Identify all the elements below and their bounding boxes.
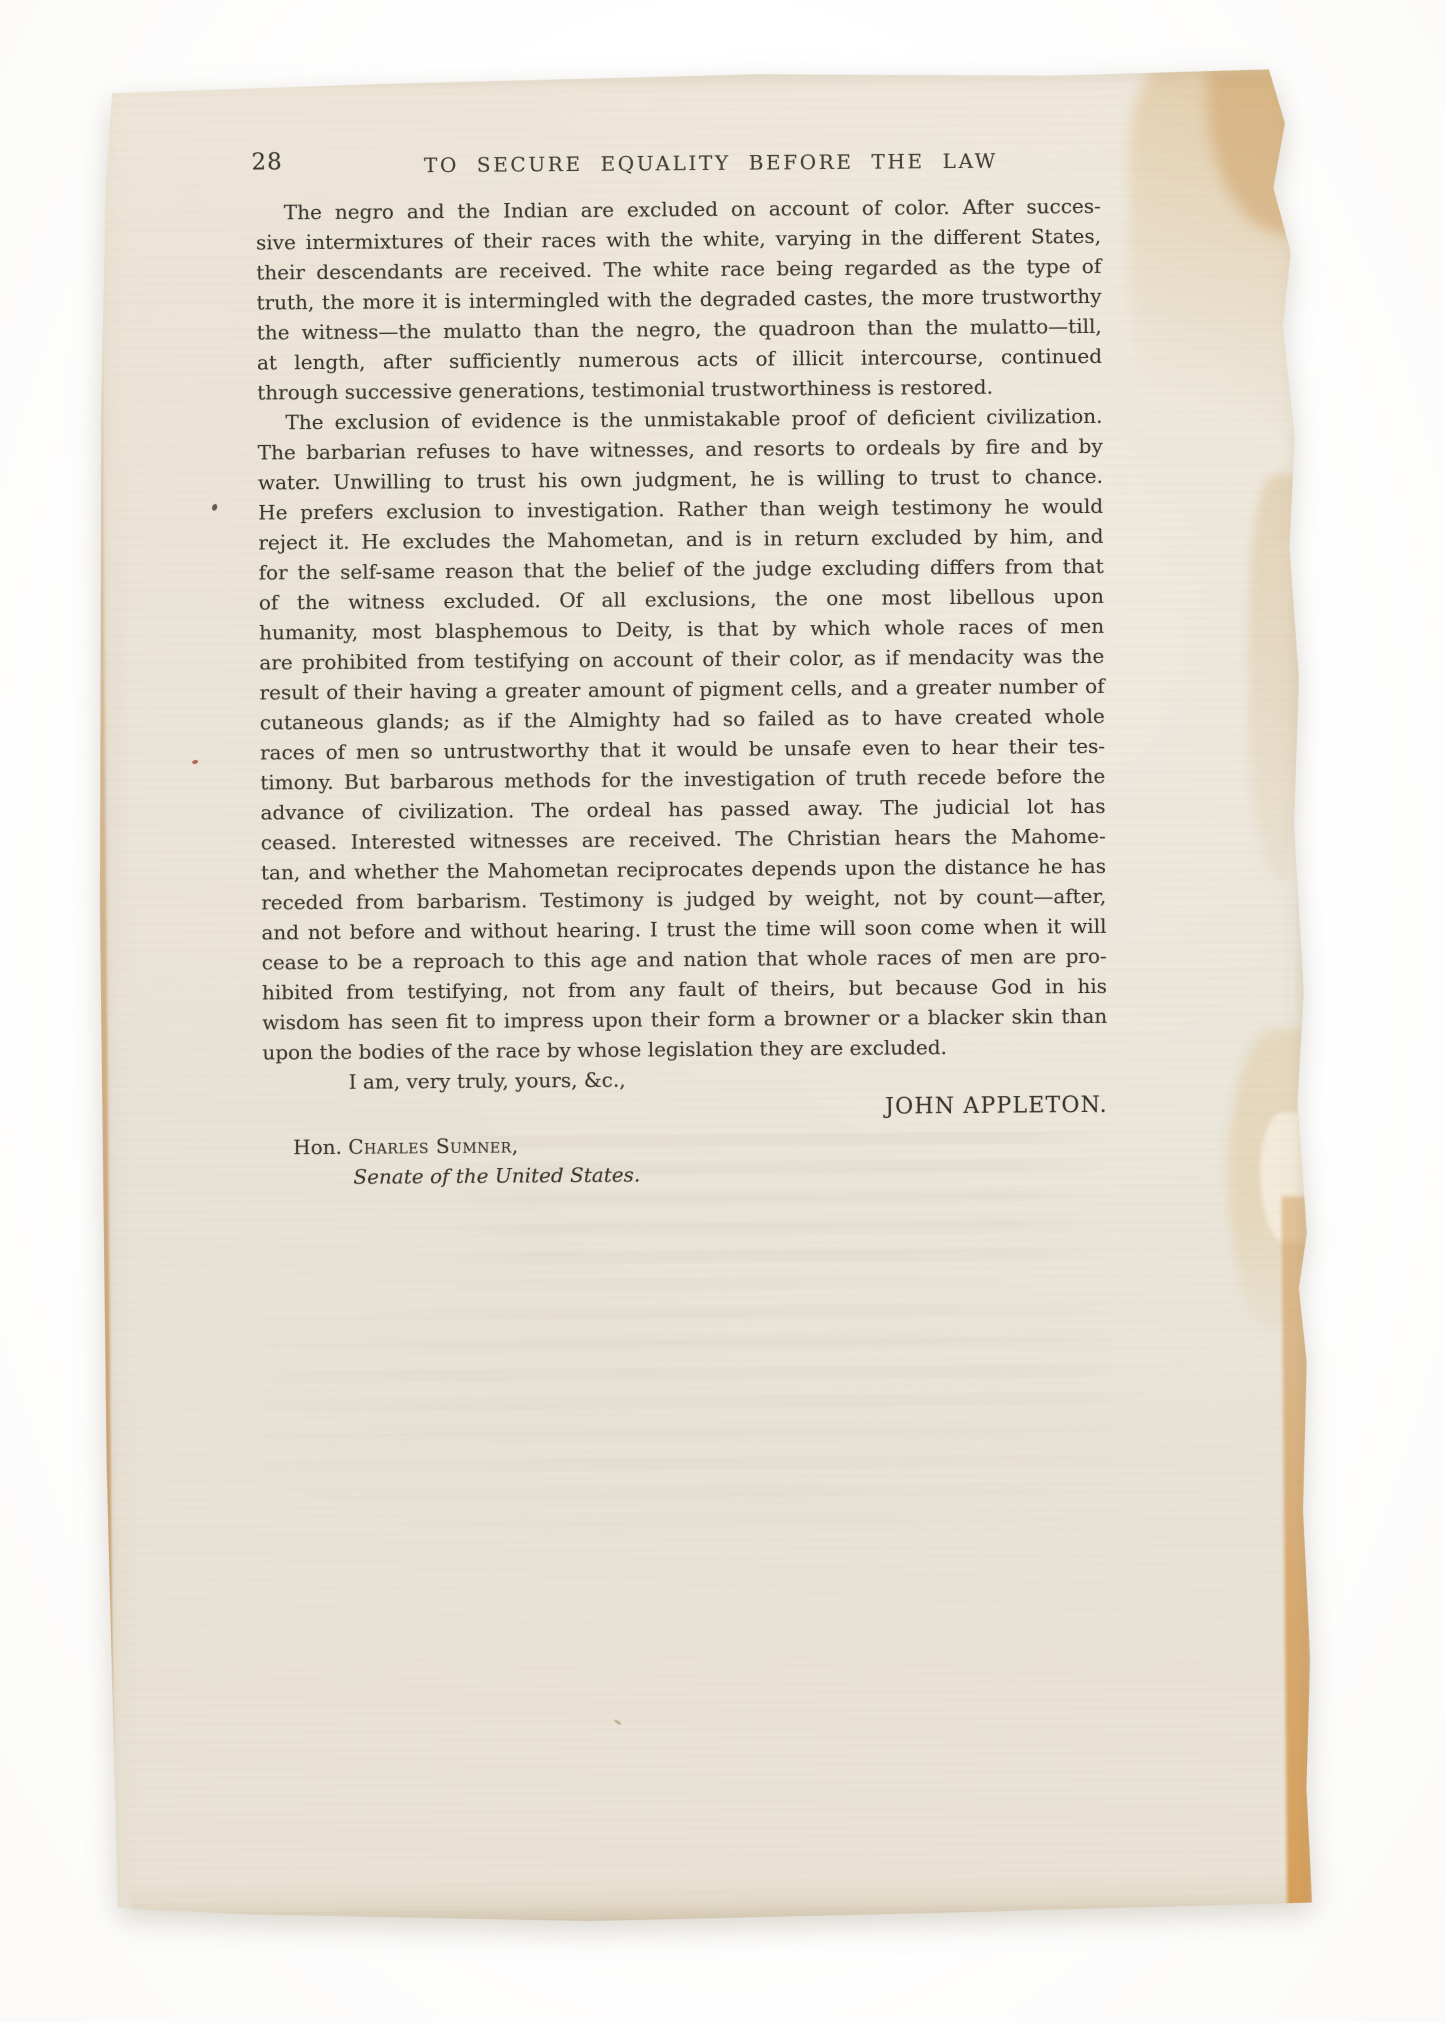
stain-top-right-streak [1129,49,1313,494]
letter-paragraph: The exclusion of evidence is the unmista… [257,401,1107,1068]
running-title: TO SECURE EQUALITY BEFORE THE LAW [255,139,1100,182]
stain-right-lower [1227,1029,1308,1326]
addressee-title: Senate of the United States. [263,1156,1108,1193]
addressee-name: Charles Sumner, [348,1133,519,1158]
page-header: 28 TO SECURE EQUALITY BEFORE THE LAW [255,139,1100,190]
stain-bottom-edge [131,1873,1288,1926]
document-page: 28 TO SECURE EQUALITY BEFORE THE LAW The… [93,67,1312,1926]
paper-chip-right [1260,1113,1307,1243]
addressee-honorific: Hon. [293,1135,342,1159]
bleed-through-text [262,1274,1114,1541]
paper-speck [211,503,218,511]
paper-sheet: 28 TO SECURE EQUALITY BEFORE THE LAW The… [93,67,1312,1926]
stain-top-right-corner [1207,67,1305,234]
printed-content: 28 TO SECURE EQUALITY BEFORE THE LAW The… [255,139,1108,1193]
stain-right-middle [1247,474,1304,881]
page-number: 28 [251,147,283,177]
edge-left-browning [93,92,114,1916]
photo-backdrop: { "colors": { "background": "#ffffff", "… [0,0,1445,2023]
letter-paragraph: The negro and the Indian are excluded on… [256,191,1103,408]
paper-speck [614,1719,622,1726]
paper-speck [192,759,199,764]
edge-band-bottom-right [1281,1196,1312,1918]
letter-closing: I am, very truly, yours, &c., JOHN APPLE… [263,1061,1109,1193]
